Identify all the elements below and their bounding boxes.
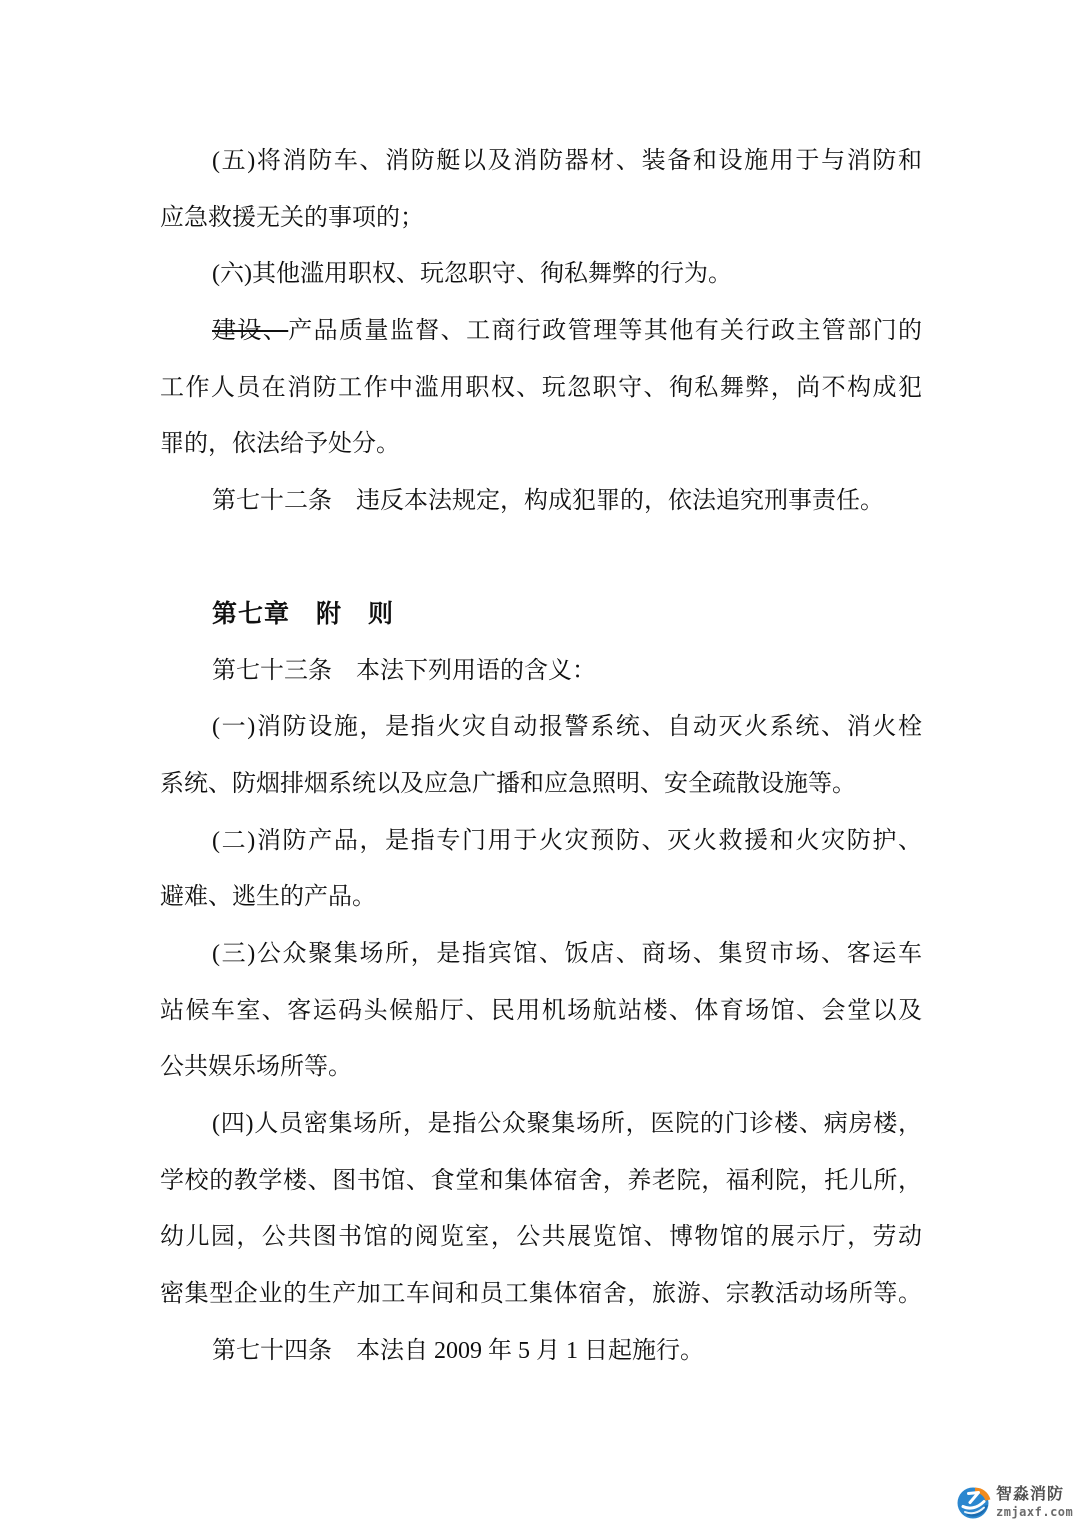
article-72-line: 第七十二条 违反本法规定，构成犯罪的，依法追究刑事责任。	[160, 485, 922, 518]
term-3-line-2: 站候车室、客运码头候船厅、民用机场航站楼、体育场馆、会堂以及	[160, 995, 922, 1028]
article-74-line: 第七十四条 本法自 2009 年 5 月 1 日起施行。	[160, 1335, 922, 1368]
term-4-line-3: 幼儿园，公共图书馆的阅览室，公共展览馆、博物馆的展示厅，劳动	[160, 1221, 922, 1254]
clause-5-line-1: (五)将消防车、消防艇以及消防器材、装备和设施用于与消防和	[160, 145, 922, 178]
clause-5-line-2: 应急救援无关的事项的；	[160, 202, 922, 235]
zmjaxf-logo-icon	[957, 1485, 991, 1519]
term-4-line-4: 密集型企业的生产加工车间和员工集体宿舍，旅游、宗教活动场所等。	[160, 1278, 922, 1311]
clause-6-line: (六)其他滥用职权、玩忽职守、徇私舞弊的行为。	[160, 258, 922, 291]
departments-line-3: 罪的，依法给予处分。	[160, 428, 922, 461]
watermark-domain: zmjaxf.com	[996, 1506, 1073, 1518]
departments-line-2: 工作人员在消防工作中滥用职权、玩忽职守、徇私舞弊，尚不构成犯	[160, 372, 922, 405]
term-1-line-2: 系统、防烟排烟系统以及应急广播和应急照明、安全疏散设施等。	[160, 768, 922, 801]
chapter-7-heading: 第七章 附 则	[160, 598, 922, 631]
strikethrough-text: 建设、	[212, 318, 288, 344]
term-2-line-2: 避难、逃生的产品。	[160, 881, 922, 914]
term-1-line-1: (一)消防设施，是指火灾自动报警系统、自动灭火系统、消火栓	[160, 711, 922, 744]
term-3-line-1: (三)公众聚集场所，是指宾馆、饭店、商场、集贸市场、客运车	[160, 938, 922, 971]
article-73-intro: 第七十三条 本法下列用语的含义：	[160, 655, 922, 688]
term-2-line-1: (二)消防产品，是指专门用于火灾预防、灭火救援和火灾防护、	[160, 825, 922, 858]
term-4-line-1: (四)人员密集场所，是指公众聚集场所，医院的门诊楼、病房楼，	[160, 1108, 922, 1141]
document-page: { "page": { "background": "#ffffff", "te…	[0, 0, 1080, 1527]
watermark-brand: 智淼消防	[996, 1487, 1073, 1503]
law-text-body: (五)将消防车、消防艇以及消防器材、装备和设施用于与消防和 应急救援无关的事项的…	[160, 0, 922, 1527]
term-4-line-2: 学校的教学楼、图书馆、食堂和集体宿舍，养老院，福利院，托儿所，	[160, 1165, 922, 1198]
departments-line-1-rest: 产品质量监督、工商行政管理等其他有关行政主管部门的	[288, 318, 922, 344]
departments-line-1: 建设、产品质量监督、工商行政管理等其他有关行政主管部门的	[160, 315, 922, 348]
watermark: 智淼消防 zmjaxf.com	[957, 1485, 1073, 1519]
term-3-line-3: 公共娱乐场所等。	[160, 1051, 922, 1084]
